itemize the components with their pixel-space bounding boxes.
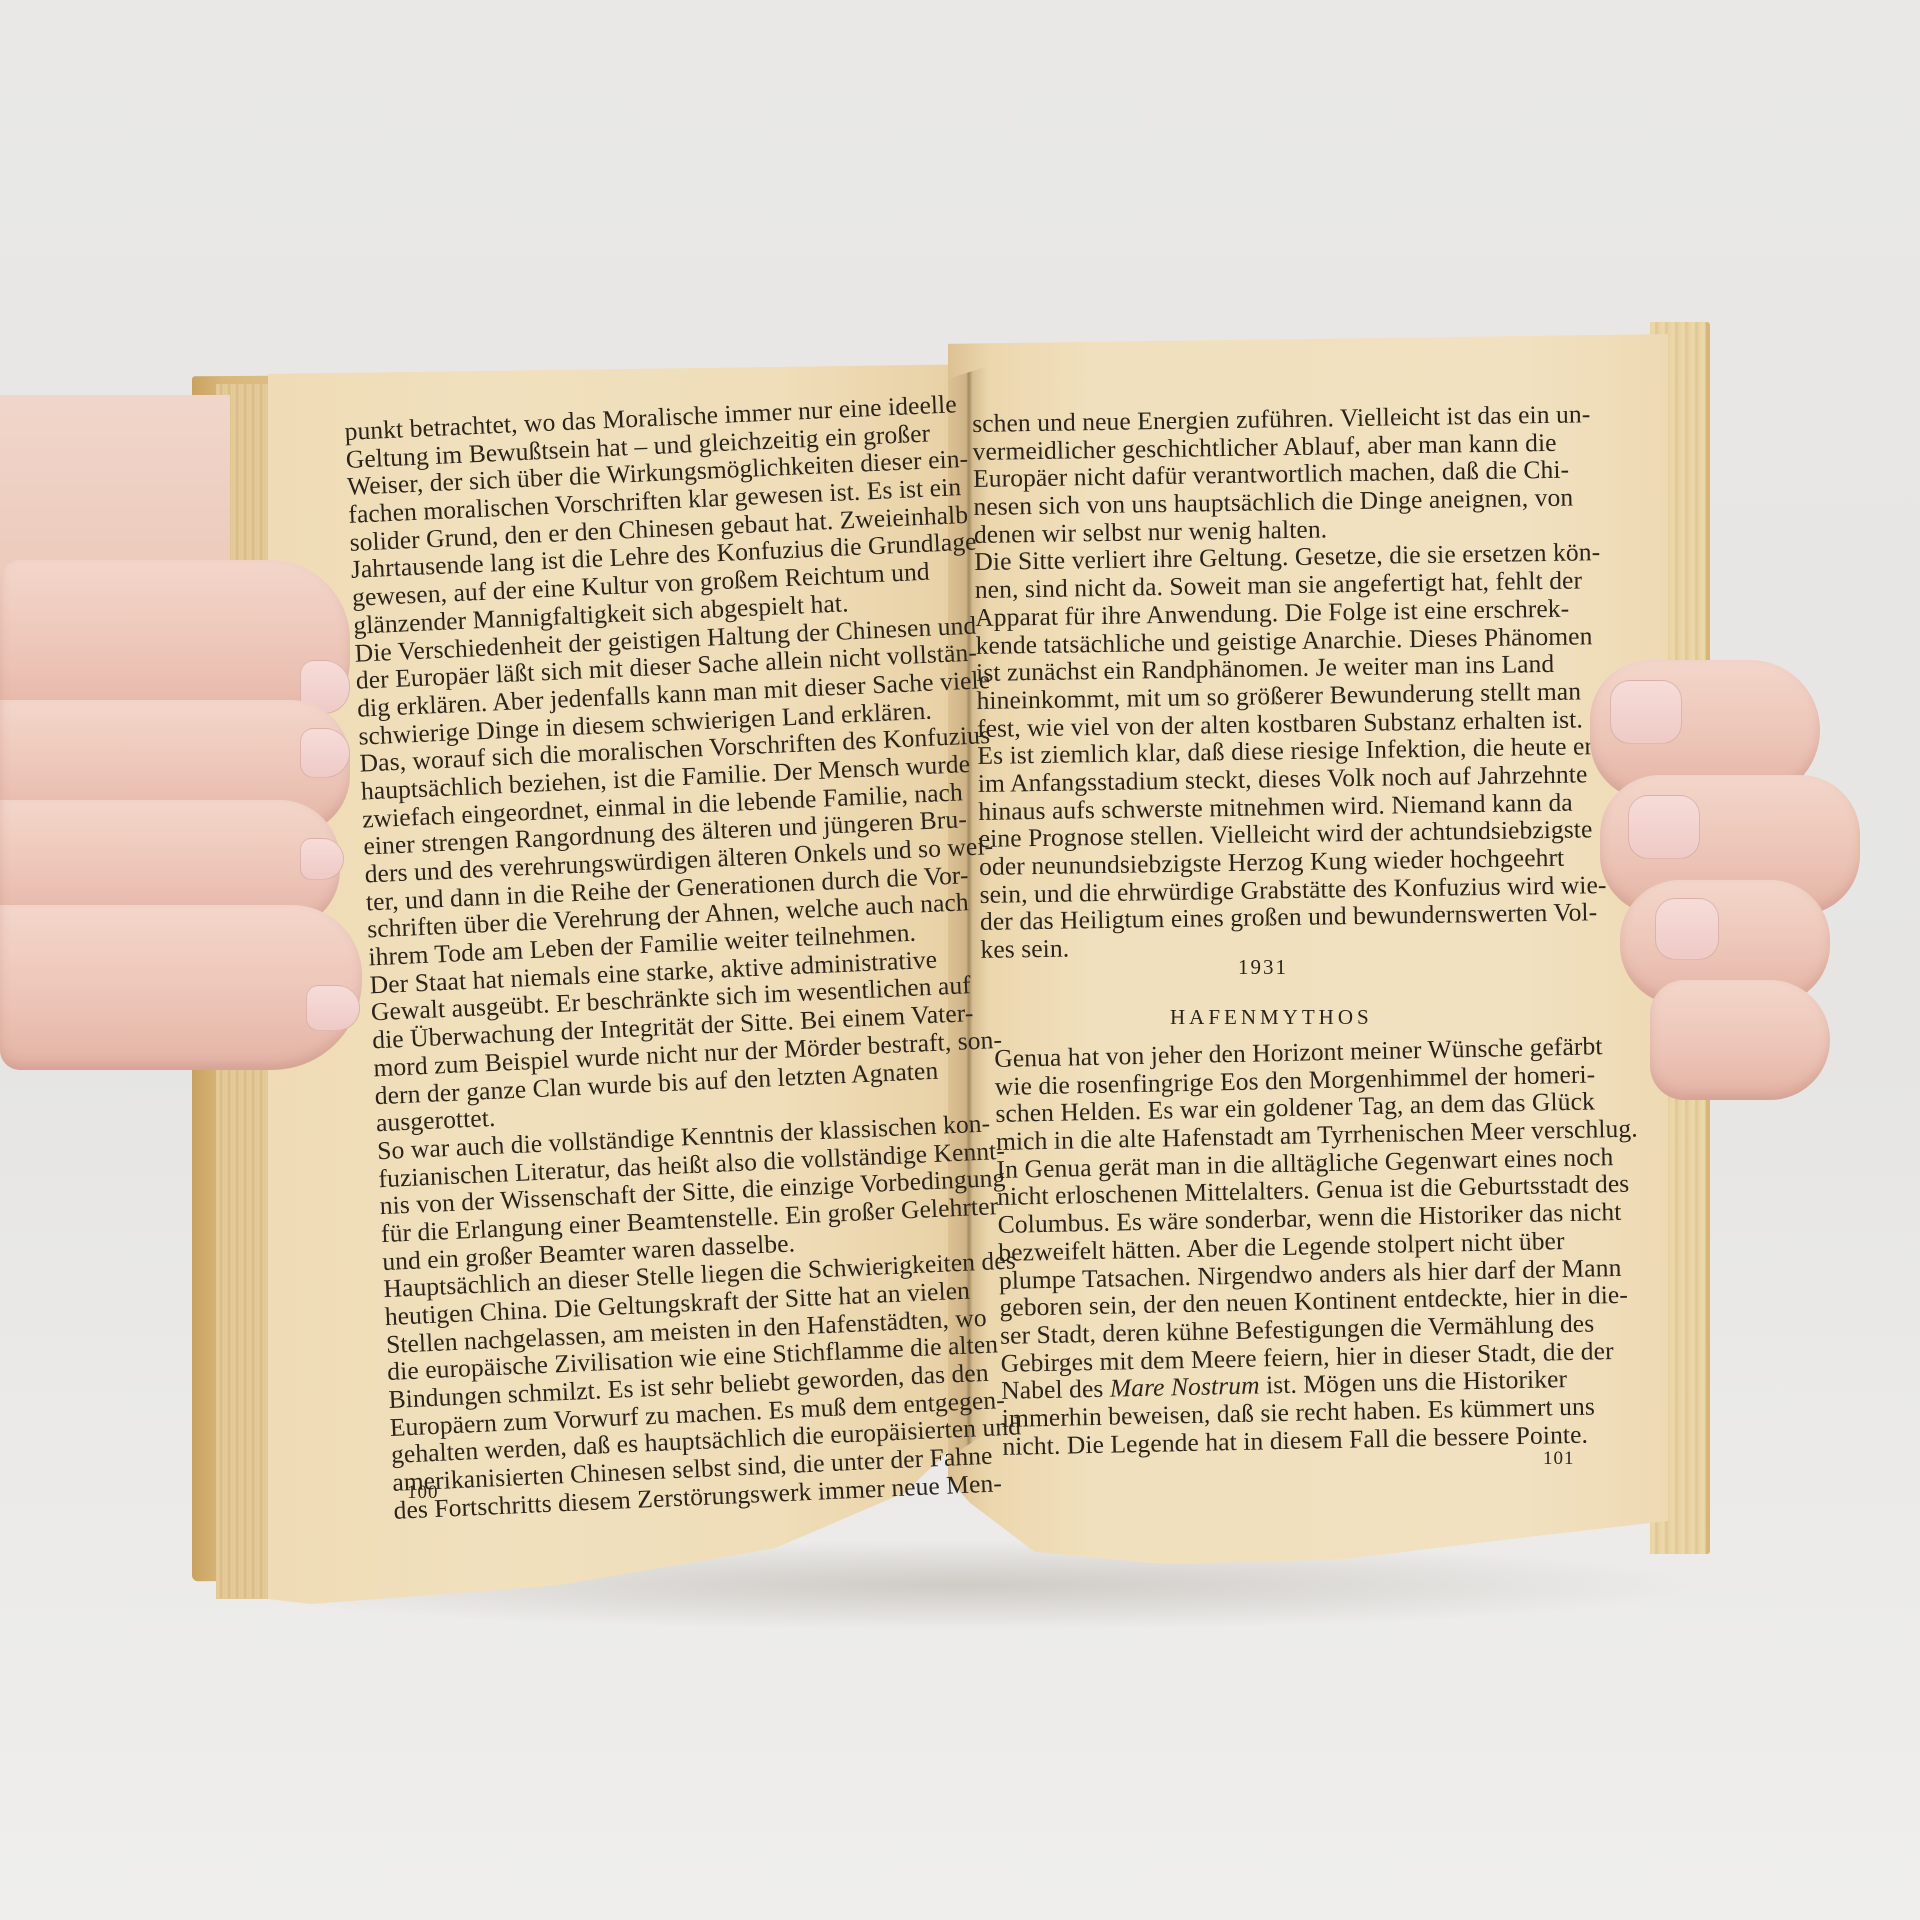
fingernail-icon bbox=[306, 985, 360, 1031]
left-page-body-text: punkt betrachtet, wo das Moralische imme… bbox=[344, 389, 1027, 1524]
photo-scene: punkt betrachtet, wo das Moralische imme… bbox=[0, 0, 1920, 1920]
section-title: HAFENMYTHOS bbox=[1170, 1005, 1373, 1030]
right-hand bbox=[1650, 640, 1850, 1100]
right-page-body-text-top: schen und neue Energien zuführen. Vielle… bbox=[972, 400, 1613, 964]
fingernail-icon bbox=[300, 838, 344, 880]
left-little-finger bbox=[0, 905, 362, 1070]
fingernail-icon bbox=[300, 728, 350, 778]
fingernail-icon bbox=[1628, 795, 1700, 859]
left-hand bbox=[0, 0, 400, 1920]
fingernail-icon bbox=[1655, 898, 1719, 960]
right-page-body-text-bottom: Genua hat von jeher den Horizont meiner … bbox=[994, 1032, 1644, 1461]
section-year: 1931 bbox=[1238, 955, 1288, 980]
page-number-left: 100 bbox=[407, 1482, 439, 1504]
page-number-right: 101 bbox=[1543, 1448, 1575, 1470]
right-little-finger bbox=[1650, 980, 1830, 1100]
fingernail-icon bbox=[1610, 680, 1682, 744]
